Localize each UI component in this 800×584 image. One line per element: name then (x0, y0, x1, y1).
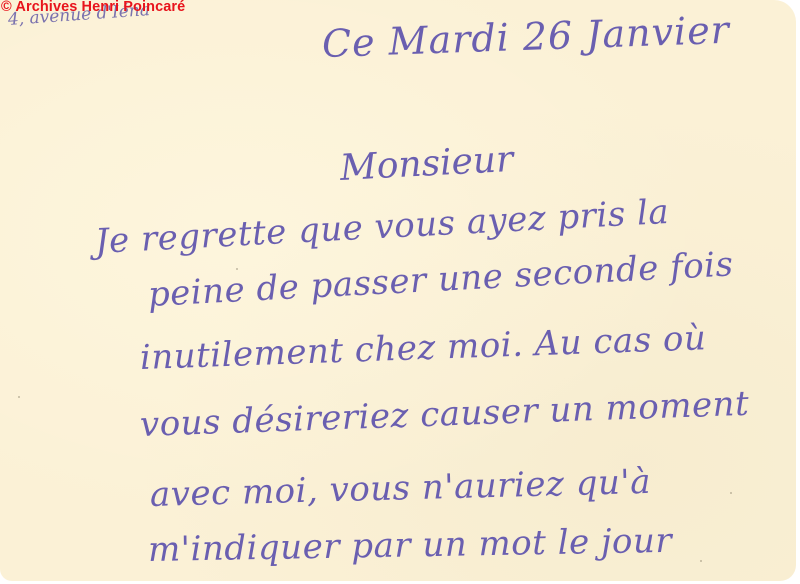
copyright-watermark: © Archives Henri Poincaré (1, 0, 185, 15)
salutation: Monsieur (339, 139, 514, 189)
body-line: peine de passer une seconde fois (147, 244, 734, 315)
date-line: Ce Mardi 26 Janvier (321, 8, 730, 66)
paper-speck (18, 396, 20, 398)
body-line: inutilement chez moi. Au cas où (139, 318, 707, 378)
body-line: vous désireriez causer un moment (139, 384, 749, 445)
body-line: m'indiquer par un mot le jour (148, 521, 673, 570)
paper-speck (236, 268, 238, 270)
paper-speck (700, 560, 702, 562)
body-line: avec moi, vous n'auriez qu'à (149, 462, 651, 515)
paper-speck (730, 492, 732, 494)
letter-card: 4, avenue d'Iéna Ce Mardi 26 Janvier Mon… (0, 0, 796, 581)
